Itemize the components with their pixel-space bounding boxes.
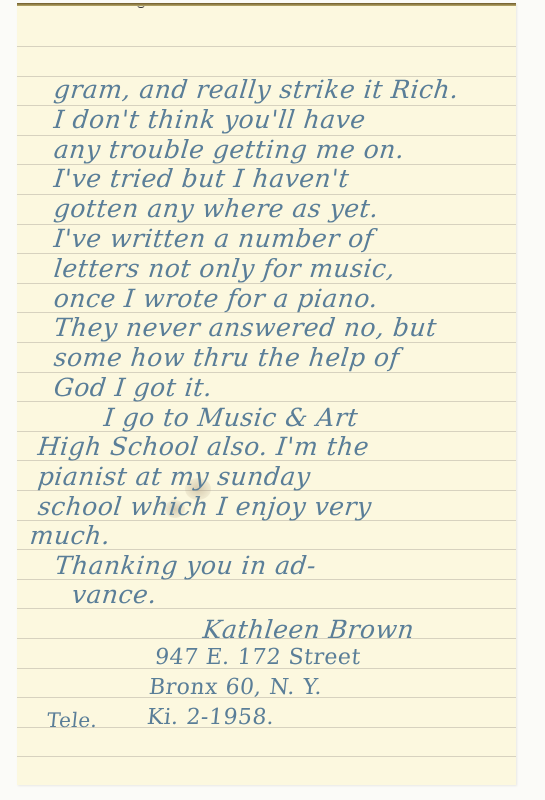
address-line-1: 947 E. 172 Street: [154, 645, 362, 670]
handwritten-line: God I got it.: [52, 373, 213, 402]
handwritten-line: vance.: [70, 580, 158, 609]
handwritten-line: pianist at my sunday: [36, 462, 312, 491]
address-line-2: Bronx 60, N. Y.: [148, 675, 324, 700]
handwritten-line: I've written a number of: [52, 224, 375, 253]
handwritten-line: I go to Music & Art: [102, 403, 359, 432]
handwritten-line: once I wrote for a piano.: [52, 284, 379, 313]
phone-number: Ki. 2-1958.: [146, 705, 276, 730]
handwritten-line: I don't think you'll have: [52, 105, 367, 134]
handwritten-line: much.: [28, 521, 111, 550]
handwritten-line: letters not only for music,: [52, 254, 396, 283]
handwritten-line: High School also. I'm the: [36, 432, 370, 461]
phone-label: Tele.: [46, 708, 99, 732]
handwritten-line: gotten any where as yet.: [52, 194, 380, 223]
handwritten-line: school which I enjoy very: [36, 492, 373, 521]
handwritten-line: Thanking you in ad-: [53, 551, 317, 580]
ruled-line: [17, 756, 516, 757]
handwritten-line: They never answered no, but: [52, 313, 438, 342]
handwritten-line: some how thru the help of: [52, 343, 401, 372]
letter-page: ⌣ gram, and really strike it Rich.I don'…: [17, 3, 516, 785]
handwritten-line: I've tried but I haven't: [52, 164, 350, 193]
paper-top-edge: [17, 3, 516, 6]
signature-name: Kathleen Brown: [201, 615, 415, 644]
ruled-line: [17, 46, 516, 47]
handwritten-line: gram, and really strike it Rich.: [52, 75, 460, 104]
top-margin-mark: ⌣: [137, 3, 145, 14]
handwritten-line: any trouble getting me on.: [52, 135, 406, 164]
